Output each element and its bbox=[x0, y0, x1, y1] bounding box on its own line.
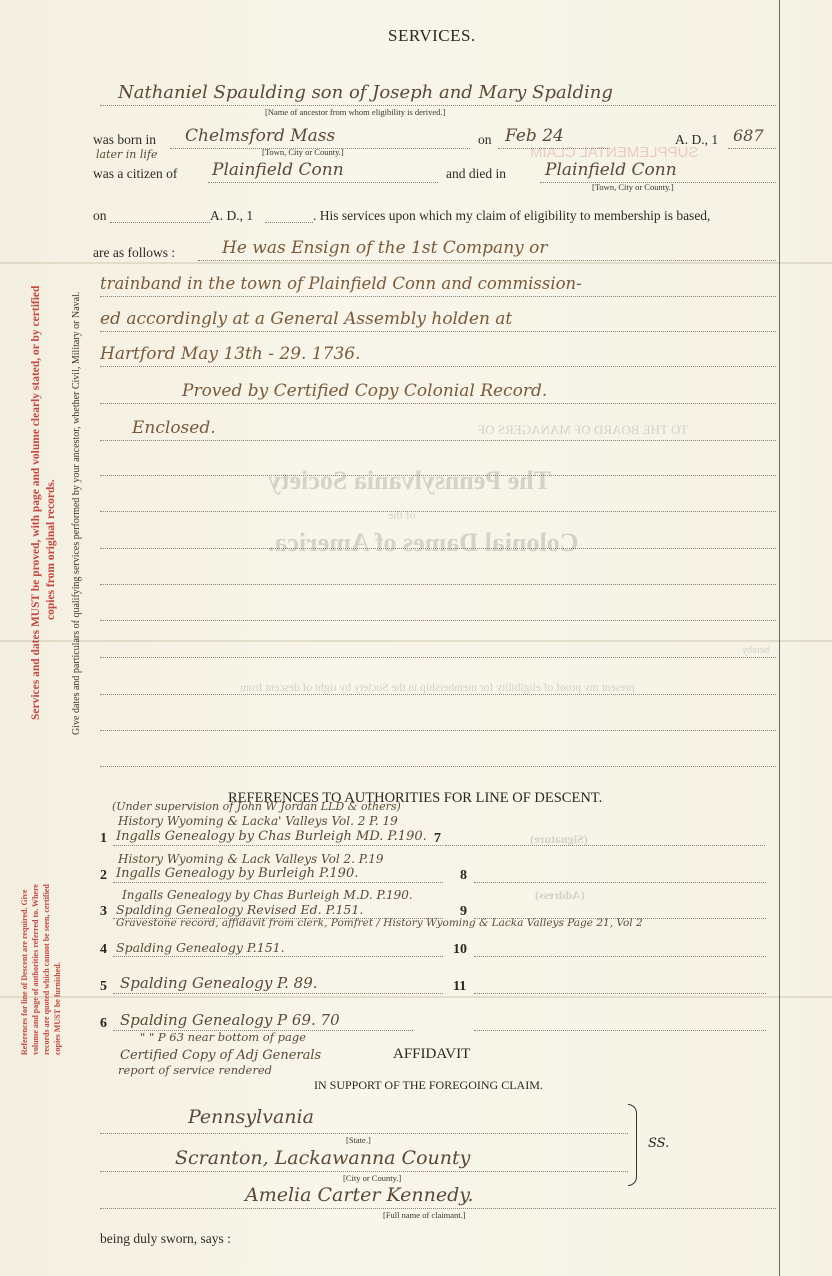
services-line-4: Hartford May 13th - 29. 1736. bbox=[100, 344, 360, 364]
ref-line bbox=[474, 882, 766, 883]
insert-note: later in life bbox=[96, 148, 157, 161]
ref-5-text: Spalding Genealogy P. 89. bbox=[120, 974, 318, 992]
state-line bbox=[100, 1133, 628, 1134]
ref-10-number: 10 bbox=[453, 942, 467, 958]
death-ad-label: A. D., 1 bbox=[210, 208, 253, 224]
services-proof-note-2: copies from original records. bbox=[45, 479, 57, 620]
paper-fold bbox=[0, 996, 832, 998]
services-line-1: He was Ensign of the 1st Company or bbox=[222, 238, 548, 258]
ref-line bbox=[113, 845, 443, 846]
ref-2-text: Ingalls Genealogy by Burleigh P.190. bbox=[116, 866, 358, 881]
ref-6-number: 6 bbox=[100, 1016, 107, 1032]
ref-1-text: Ingalls Genealogy by Chas Burleigh MD. P… bbox=[116, 829, 427, 844]
state-caption: [State.] bbox=[346, 1135, 371, 1145]
margin-rule bbox=[779, 0, 780, 1276]
ref-3-text: Spalding Genealogy Revised Ed. P.151. bbox=[116, 902, 363, 917]
document-page: SUPPLEMENTAL CLAIM TO THE BOARD OF MANAG… bbox=[0, 0, 832, 1276]
ref-line bbox=[474, 993, 766, 994]
citizen-place-line bbox=[208, 182, 438, 183]
ss-label: SS. bbox=[648, 1136, 669, 1151]
ref-7-number: 7 bbox=[434, 831, 441, 847]
references-note-3: records are quoted which cannot be seen,… bbox=[42, 884, 51, 1055]
ref-2-number: 2 bbox=[100, 868, 107, 884]
ref-6-note-2: Certified Copy of Adj Generals bbox=[120, 1048, 321, 1063]
references-note-1: References for line of Descent are requi… bbox=[20, 890, 29, 1055]
city-line bbox=[100, 1171, 628, 1172]
ref-5-number: 5 bbox=[100, 979, 107, 995]
born-year-line bbox=[728, 148, 776, 149]
bleed-address: (Address) bbox=[535, 888, 585, 903]
ref-line bbox=[445, 845, 765, 846]
ref-4-text: Spalding Genealogy P.151. bbox=[116, 940, 285, 955]
born-date-line bbox=[498, 148, 610, 149]
born-date: Feb 24 bbox=[505, 126, 564, 146]
citizen-place: Plainfield Conn bbox=[212, 160, 344, 180]
services-intro: . His services upon which my claim of el… bbox=[313, 208, 710, 224]
ancestor-line bbox=[100, 105, 776, 106]
died-place: Plainfield Conn bbox=[545, 160, 677, 180]
ref-3-above: Ingalls Genealogy by Chas Burleigh M.D. … bbox=[122, 888, 413, 902]
ref-line bbox=[474, 1030, 766, 1031]
services-line bbox=[100, 296, 776, 297]
blank-line bbox=[100, 548, 776, 549]
ref-3-number: 3 bbox=[100, 904, 107, 920]
affidavit-title: AFFIDAVIT bbox=[393, 1046, 470, 1063]
ref-line bbox=[113, 956, 443, 957]
affidavit-subtitle: IN SUPPORT OF THE FOREGOING CLAIM. bbox=[314, 1078, 543, 1093]
ref-1-number: 1 bbox=[100, 831, 107, 847]
claimant-caption: [Full name of claimant.] bbox=[383, 1210, 466, 1220]
ref-11-number: 11 bbox=[453, 979, 466, 995]
services-label: are as follows : bbox=[93, 245, 175, 261]
services-line bbox=[100, 331, 776, 332]
bleed-hereby: hereby bbox=[742, 645, 769, 656]
ref-line bbox=[113, 993, 443, 994]
blank-line bbox=[100, 730, 776, 731]
paper-fold bbox=[0, 640, 832, 642]
ref-4-above: Gravestone record, affidavit from clerk,… bbox=[116, 917, 643, 929]
citizen-label: was a citizen of bbox=[93, 166, 177, 182]
blank-line bbox=[100, 475, 776, 476]
blank-line bbox=[100, 766, 776, 767]
born-label: was born in bbox=[93, 132, 156, 148]
died-label: and died in bbox=[446, 166, 506, 182]
ref-8-number: 8 bbox=[460, 868, 467, 884]
ss-brace bbox=[628, 1104, 637, 1186]
services-line bbox=[100, 403, 776, 404]
ref-4-number: 4 bbox=[100, 942, 107, 958]
blank-line bbox=[100, 584, 776, 585]
services-line-6: Enclosed. bbox=[132, 418, 216, 438]
bleed-society-1: The Pennsylvania Society bbox=[268, 466, 551, 496]
ad-label: A. D., 1 bbox=[675, 132, 718, 148]
ref-2-above: History Wyoming & Lack Valleys Vol 2. P.… bbox=[118, 852, 383, 866]
born-place: Chelmsford Mass bbox=[185, 126, 335, 146]
death-on-label: on bbox=[93, 208, 107, 224]
city-value: Scranton, Lackawanna County bbox=[175, 1147, 470, 1169]
services-line bbox=[100, 366, 776, 367]
references-note: (Under supervision of John W Jordan LLD … bbox=[112, 800, 401, 813]
bleed-board: TO THE BOARD OF MANAGERS OF bbox=[478, 422, 688, 438]
ancestor-caption: [Name of ancestor from whom eligibility … bbox=[265, 107, 445, 117]
bleed-society-2: Colonial Dames of America. bbox=[268, 528, 579, 558]
died-place-caption: [Town, City or County.] bbox=[592, 182, 674, 192]
ancestor-name: Nathaniel Spaulding son of Joseph and Ma… bbox=[118, 82, 613, 103]
services-line-2: trainband in the town of Plainfield Conn… bbox=[100, 274, 582, 293]
services-line-5: Proved by Certified Copy Colonial Record… bbox=[182, 381, 547, 401]
death-year-line bbox=[265, 222, 313, 223]
bleed-present: present my proof of eligibility for memb… bbox=[240, 682, 635, 694]
services-line bbox=[100, 440, 776, 441]
references-note-2: volume and page of authorities referred … bbox=[31, 884, 40, 1055]
blank-line bbox=[100, 620, 776, 621]
page-title: SERVICES. bbox=[388, 26, 476, 46]
services-proof-note: Services and dates MUST be proved, with … bbox=[30, 286, 42, 720]
ref-line bbox=[474, 956, 766, 957]
born-year: 687 bbox=[733, 126, 764, 145]
services-instruction-note: Give dates and particulars of qualifying… bbox=[71, 292, 82, 735]
claimant-line bbox=[100, 1208, 776, 1209]
blank-line bbox=[100, 694, 776, 695]
ref-1-above: History Wyoming & Lacka' Valleys Vol. 2 … bbox=[118, 814, 398, 828]
references-note-4: copies MUST be furnished. bbox=[53, 962, 62, 1055]
sworn-text: being duly sworn, says : bbox=[100, 1231, 231, 1247]
ref-6-note-3: report of service rendered bbox=[118, 1063, 272, 1077]
city-caption: [City or County.] bbox=[343, 1173, 401, 1183]
born-place-caption: [Town, City or County.] bbox=[262, 147, 344, 157]
services-line bbox=[198, 260, 776, 261]
paper-fold bbox=[0, 262, 832, 264]
ref-line bbox=[113, 882, 443, 883]
state-value: Pennsylvania bbox=[188, 1106, 314, 1128]
blank-line bbox=[100, 657, 776, 658]
bleed-supplemental: SUPPLEMENTAL CLAIM bbox=[530, 144, 698, 161]
ref-6-text: Spalding Genealogy P 69. 70 bbox=[120, 1011, 340, 1029]
blank-line bbox=[100, 511, 776, 512]
ref-6-note: " " P 63 near bottom of page bbox=[140, 1030, 306, 1044]
death-date-line bbox=[110, 222, 210, 223]
on-label: on bbox=[478, 132, 492, 148]
claimant-name: Amelia Carter Kennedy. bbox=[245, 1184, 474, 1206]
services-line-3: ed accordingly at a General Assembly hol… bbox=[100, 309, 512, 329]
